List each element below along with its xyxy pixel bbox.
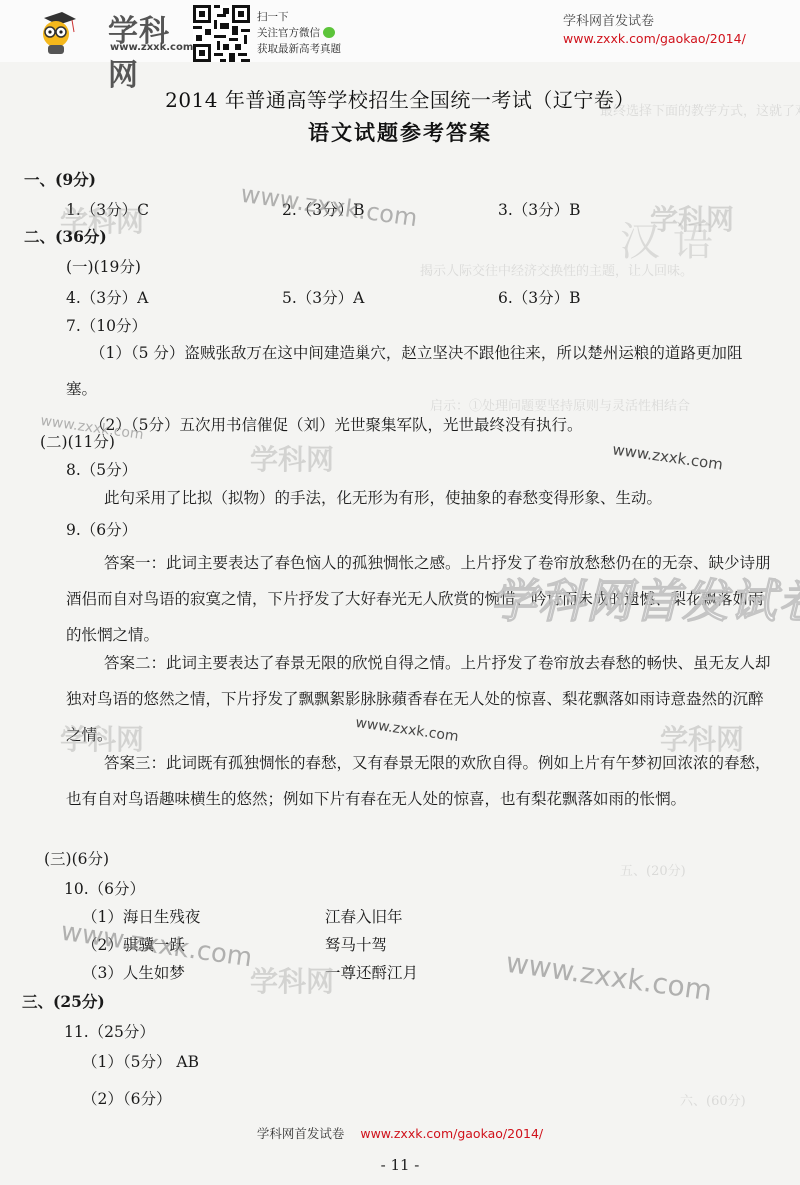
- q10-row-2-right: 驽马十驾: [325, 933, 387, 955]
- wechat-line-1: 扫一下: [257, 9, 341, 25]
- answer-q3: 3.（3分）B: [498, 198, 581, 220]
- q10-row-1-right: 江春入旧年: [325, 905, 403, 927]
- part-3-heading: (三)(6分): [44, 847, 109, 869]
- q11-answer-2: （2）（6分）: [82, 1087, 171, 1109]
- watermark-logo: 学科网: [60, 718, 144, 758]
- mascot-graduate-icon: [36, 10, 78, 56]
- q10-heading: 10.（6分）: [64, 877, 145, 899]
- footer-url[interactable]: www.zxxk.com/gaokao/2014/: [360, 1126, 543, 1141]
- zxxk-logo[interactable]: 学科网 www.zxxk.com: [30, 4, 180, 56]
- q7-heading: 7.（10分）: [66, 314, 147, 336]
- watermark-logo: 学科网: [650, 198, 734, 238]
- section-3-heading: 三、(25分): [22, 990, 105, 1012]
- answer-q2: 2.（3分）B: [282, 198, 365, 220]
- document-subtitle: 语文试题参考答案: [0, 117, 800, 147]
- page-header: 学科网 www.zxxk.com 扫一下 关注官方微信 获取最新高考真题 学科网…: [0, 0, 800, 62]
- page-number: - 11 -: [0, 1156, 800, 1174]
- wechat-line-3: 获取最新高考真题: [257, 41, 341, 57]
- q8-answer: 此句采用了比拟（拟物）的手法，化无形为有形，使抽象的春愁变得形象、生动。: [66, 480, 776, 516]
- part-1-heading: (一)(19分): [66, 255, 141, 277]
- header-right-title: 学科网首发试卷: [563, 10, 746, 29]
- q8-heading: 8.（5分）: [66, 458, 137, 480]
- ghost-text: 揭示人际交往中经济交换性的主题，让人回味。: [420, 260, 693, 279]
- document-title: 2014 年普通高等学校招生全国统一考试（辽宁卷）: [0, 84, 800, 113]
- wechat-icon: [323, 27, 335, 38]
- q7-answer-2: （2）（5分）五次用书信催促（刘）光世聚集军队，光世最终没有执行。: [66, 407, 772, 443]
- q10-row-3-left: （3）人生如梦: [82, 961, 185, 983]
- part-2-heading: (二)(11分): [40, 430, 115, 452]
- q10-row-3-right: 一尊还酹江月: [325, 961, 418, 983]
- logo-url: www.zxxk.com: [110, 42, 193, 53]
- watermark-logo: 学科网: [60, 200, 144, 240]
- watermark-banner: 学科网首发试卷: [490, 565, 800, 631]
- q10-row-2-left: （2）骐骥一跃: [82, 933, 185, 955]
- ghost-text: 六、(60分): [680, 1090, 746, 1109]
- watermark-logo: 学科网: [250, 438, 334, 478]
- header-right: 学科网首发试卷 www.zxxk.com/gaokao/2014/: [563, 10, 746, 46]
- page-footer: 学科网首发试卷 www.zxxk.com/gaokao/2014/: [0, 1124, 800, 1142]
- section-1-heading: 一、(9分): [24, 168, 96, 190]
- watermark-url: www.zxxk.com: [504, 946, 714, 1008]
- q7-answer-1: （1）（5 分）盗贼张敌万在这中间建造巢穴，赵立坚决不跟他往来，所以楚州运粮的道…: [66, 335, 772, 407]
- qr-code-icon[interactable]: [193, 5, 250, 62]
- q9-heading: 9.（6分）: [66, 518, 137, 540]
- watermark-url: www.zxxk.com: [611, 440, 724, 473]
- q10-row-1-left: （1）海日生残夜: [82, 905, 200, 927]
- wechat-prompt: 扫一下 关注官方微信 获取最新高考真题: [257, 9, 341, 57]
- answer-q6: 6.（3分）B: [498, 286, 581, 308]
- watermark-logo: 学科网: [660, 718, 744, 758]
- q11-heading: 11.（25分）: [64, 1020, 155, 1042]
- ghost-text: 五、(20分): [620, 860, 686, 879]
- answer-q5: 5.（3分）A: [282, 286, 364, 308]
- answer-q4: 4.（3分）A: [66, 286, 148, 308]
- watermark-logo: 学科网: [250, 960, 334, 1000]
- q11-answer-1: （1）（5分） AB: [82, 1050, 199, 1072]
- footer-title: 学科网首发试卷: [257, 1126, 345, 1141]
- header-right-url[interactable]: www.zxxk.com/gaokao/2014/: [563, 31, 746, 46]
- wechat-line-2: 关注官方微信: [257, 27, 320, 39]
